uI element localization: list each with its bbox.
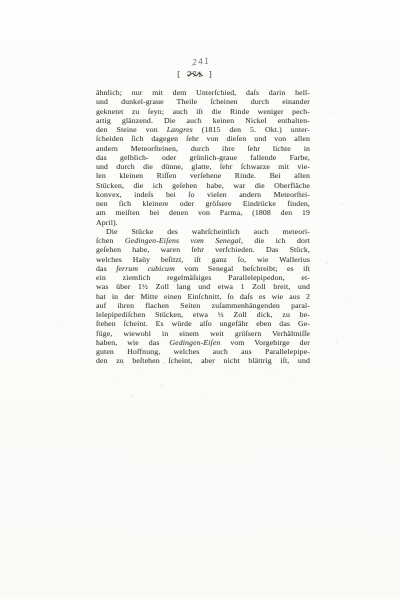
paper-speck [116,377,117,378]
text-segment: geſehen habe, waren ſehr verſchieden. Da… [96,245,310,254]
paper-speck [122,364,124,366]
text-segment: guten Hoffnung, welches auch aus Paralle… [96,347,310,356]
text-segment: haben, wie das [96,338,169,347]
paper-speck [382,91,383,92]
text-segment: ſchen [96,236,125,245]
text-segment: vom Vorgebirge der [220,338,310,347]
italic-text: Langres [167,125,193,134]
text-block: ähnlich; nur mit dem Unterſchied, daſs d… [96,88,310,366]
text-line: nen ſich kleinere oder gröſsere Eindrück… [96,199,310,208]
struck-page-digits: 771 [185,69,205,79]
printed-page-number: [771] [120,69,270,79]
text-line: len kleinen Riſſen verſehene Rinde. Bei … [96,171,310,180]
text-segment: artig glänzend. Die auch keinen Nickel e… [96,116,310,125]
text-segment: vom Senegal beſchreibt; es iſt [175,264,310,273]
text-line: und dunkel-graue Theile ſcheinen durch e… [96,97,310,106]
bracket-open: [ [173,69,185,79]
text-segment: Die Stücke des wahrſcheinlich auch meteo… [106,227,310,236]
paper-speck [332,112,334,114]
text-segment: lelepipediſchen Stücken, etwa ½ Zoll dic… [96,310,310,319]
paper-speck [163,362,165,364]
paper-speck [211,363,213,365]
text-segment: len kleinen Riſſen verſehene Rinde. Bei … [96,171,310,180]
text-line: andern Meteorſteinen, durch ihre ſehr li… [96,144,310,153]
paper-speck [356,152,357,153]
text-segment: , die ich dort [241,236,310,245]
text-line: ſtehen ſcheint. Es würde alſo ungefähr e… [96,319,310,328]
paper-speck [326,262,328,264]
text-segment: was über 1½ Zoll lang und etwa 1 Zoll br… [96,282,310,291]
italic-text: Gedingen-Eiſens vom Senegal [125,236,241,245]
text-line: Die Stücke des wahrſcheinlich auch meteo… [96,227,310,236]
text-segment: andern Meteorſteinen, durch ihre ſehr li… [96,144,310,153]
text-segment: April). [96,218,118,227]
paper-speck [371,231,372,232]
italic-text: ferrum cubicum [116,264,175,273]
text-segment: ſcheiden ſich dagegen ſehr von dieſen un… [96,134,310,143]
text-line: ähnlich; nur mit dem Unterſchied, daſs d… [96,88,310,97]
text-line: Stücken, die ich geſehen habe, war die O… [96,181,310,190]
text-segment: am meiſten bei denen von Parma, (1808 de… [96,208,310,217]
text-segment: und dunkel-graue Theile ſcheinen durch e… [96,97,310,106]
text-line: den Steine von Langres (1815 den 5. Okt.… [96,125,310,134]
text-line: und durch die dünne, glatte, ſehr ſchwar… [96,162,310,171]
text-line: das gelblich- oder grünlich-graue fallen… [96,153,310,162]
paper-speck [291,380,292,381]
text-segment: ſtehen ſcheint. Es würde alſo ungefähr e… [96,319,310,328]
text-segment: und durch die dünne, glatte, ſehr ſchwar… [96,162,310,171]
paper-speck [336,341,338,343]
text-segment: den Steine von [96,125,167,134]
text-line: ein ziemlich regelmäſsiges Parallelepipe… [96,273,310,282]
text-segment: ähnlich; nur mit dem Unterſchied, daſs d… [96,88,310,97]
text-line: was über 1½ Zoll lang und etwa 1 Zoll br… [96,282,310,291]
text-line: hat in der Mitte einen Einſchnitt, ſo da… [96,292,310,301]
paper-speck [131,395,133,397]
paper-speck [141,371,142,372]
text-line: füge, wiewohl in einem weit gröſsern Ver… [96,329,310,338]
handwritten-annotation: 241 [120,52,270,70]
text-line: geſehen habe, waren ſehr verſchieden. Da… [96,245,310,254]
text-line: guten Hoffnung, welches auch aus Paralle… [96,347,310,356]
paper-speck [298,401,299,402]
text-line: ſchen Gedingen-Eiſens vom Senegal, die i… [96,236,310,245]
text-line: auf ihren flachen Seiten zuſammenhängend… [96,301,310,310]
paper-speck [62,151,63,152]
paper-speck [341,203,343,205]
text-line: haben, wie das Gedingen-Eiſen vom Vorgeb… [96,338,310,347]
paper-speck [71,252,73,254]
text-line: lelepipediſchen Stücken, etwa ½ Zoll dic… [96,310,310,319]
text-segment: Stücken, die ich geſehen habe, war die O… [96,181,310,190]
paper-speck [161,385,163,387]
paper-speck [351,301,352,302]
text-segment: das [96,264,116,273]
text-line: geknetet zu ſeyn; auch iſt die Rinde wen… [96,107,310,116]
text-line: ſcheiden ſich dagegen ſehr von dieſen un… [96,134,310,143]
text-segment: hat in der Mitte einen Einſchnitt, ſo da… [96,292,310,301]
text-segment: konvex, indeſs bei ſo vielen andern Mete… [96,190,310,199]
text-segment: nen ſich kleinere oder gröſsere Eindrück… [96,199,310,208]
text-line: am meiſten bei denen von Parma, (1808 de… [96,208,310,217]
scanned-book-page: 241 [771] ähnlich; nur mit dem Unterſchi… [0,0,400,599]
paper-speck [271,370,273,372]
text-segment: auf ihren flachen Seiten zuſammenhängend… [96,301,310,310]
text-line: den zu beſtehen ſcheint, aber nicht blät… [96,356,310,365]
text-line: konvex, indeſs bei ſo vielen andern Mete… [96,190,310,199]
text-segment: geknetet zu ſeyn; auch iſt die Rinde wen… [96,107,310,116]
page-header: 241 [771] [120,52,270,79]
text-segment: füge, wiewohl in einem weit gröſsern Ver… [96,329,310,338]
text-segment: den zu beſtehen ſcheint, aber nicht blät… [96,356,310,365]
paper-speck [56,321,57,322]
text-line: April). [96,218,310,227]
text-line: das ferrum cubicum vom Senegal beſchreib… [96,264,310,273]
text-line: artig glänzend. Die auch keinen Nickel e… [96,116,310,125]
bracket-close: ] [205,69,217,79]
paper-speck [201,392,202,393]
text-segment: (1815 den 5. Okt.) unter- [193,125,310,134]
text-segment: ein ziemlich regelmäſsiges Parallelepipe… [96,273,310,282]
text-line: welches Haüy beſitzt, iſt ganz ſo, wie W… [96,255,310,264]
paper-speck [231,374,233,376]
handwritten-page-number: 241 [191,56,210,67]
text-segment: welches Haüy beſitzt, iſt ganz ſo, wie W… [96,255,310,264]
paper-speck [186,368,187,369]
text-segment: das gelblich- oder grünlich-graue fallen… [96,153,310,162]
italic-text: Gedingen-Eiſen [169,338,220,347]
paper-speck [252,366,253,367]
